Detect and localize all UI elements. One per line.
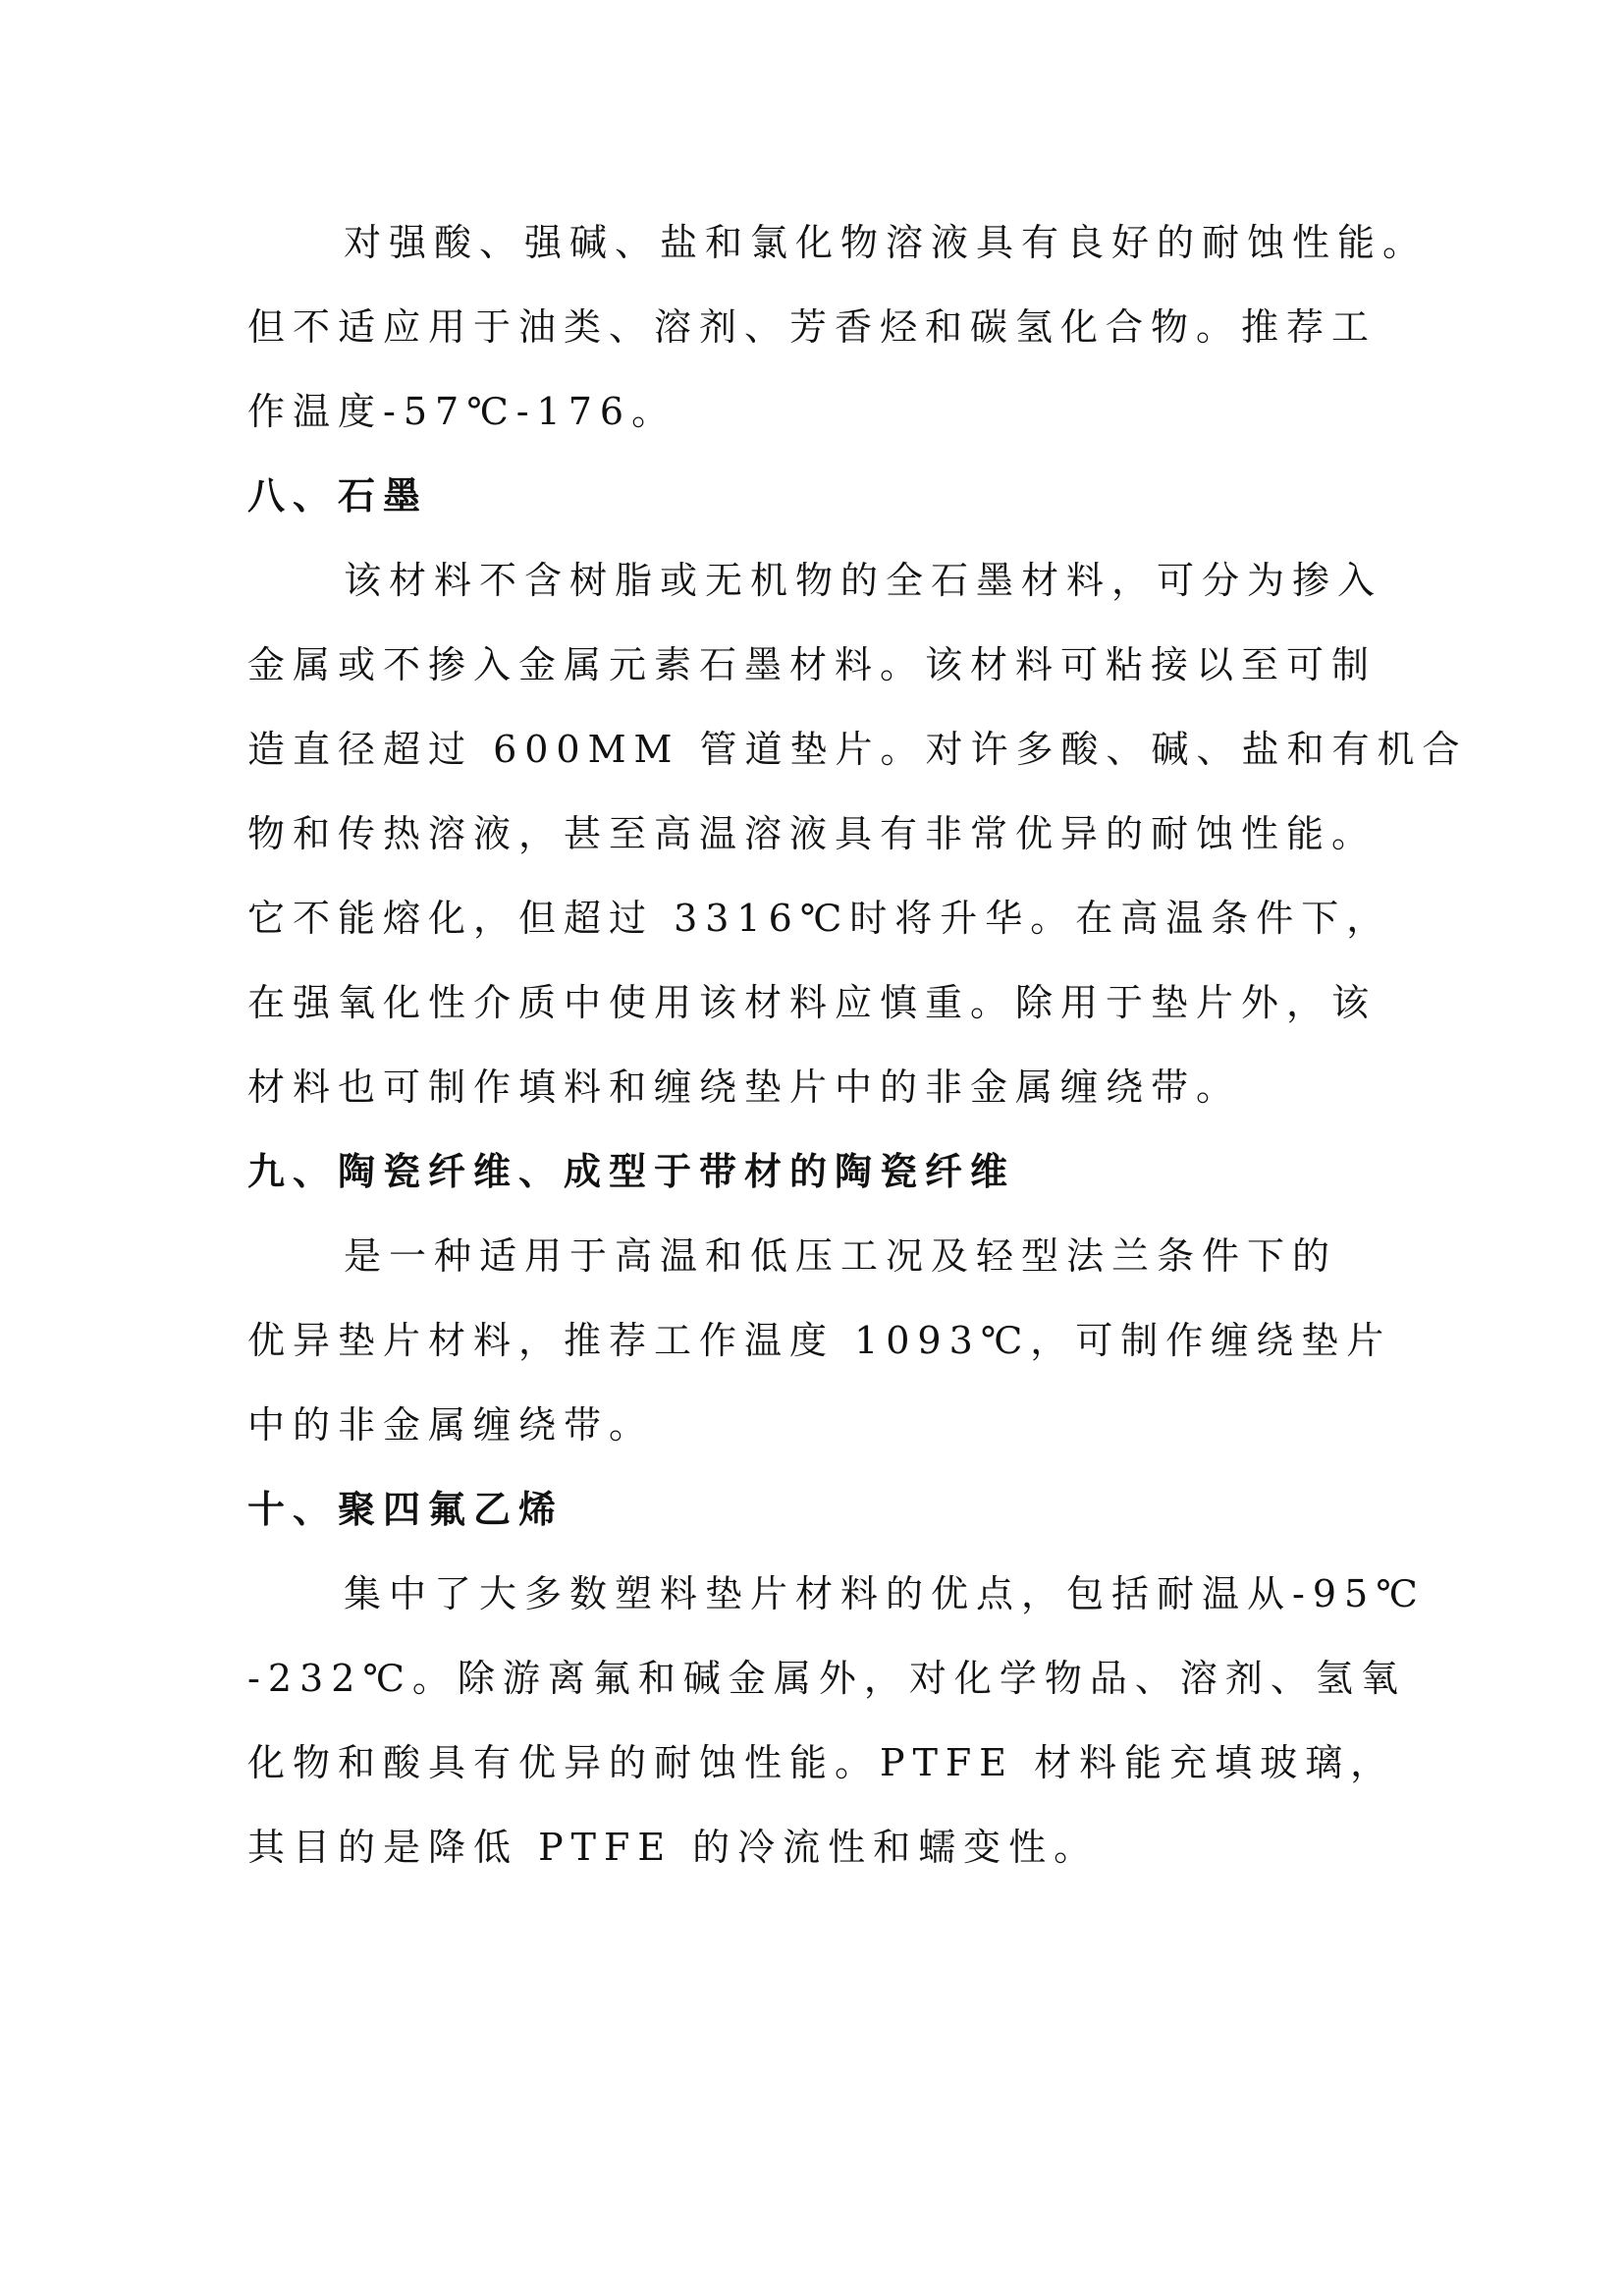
paragraph-line: 中的非金属缠绕带。 <box>247 1400 1386 1449</box>
paragraph-line: 金属或不掺入金属元素石墨材料。该材料可粘接以至可制 <box>247 640 1386 689</box>
paragraph-line: 物和传热溶液，甚至高温溶液具有非常优异的耐蚀性能。 <box>247 809 1386 858</box>
paragraph-line: 它不能熔化，但超过 3316℃时将升华。在高温条件下， <box>247 894 1386 943</box>
document-page: 对强酸、强碱、盐和氯化物溶液具有良好的耐蚀性能。 但不适应用于油类、溶剂、芳香烃… <box>0 0 1623 2296</box>
section-heading-ptfe: 十、聚四氟乙烯 <box>247 1485 1386 1534</box>
paragraph-line: 是一种适用于高温和低压工况及轻型法兰条件下的 <box>247 1231 1386 1281</box>
paragraph-line: 但不适应用于油类、溶剂、芳香烃和碳氢化合物。推荐工 <box>247 302 1386 352</box>
paragraph-line: -232℃。除游离氟和碱金属外，对化学物品、溶剂、氢氧 <box>247 1654 1386 1703</box>
paragraph-line: 材料也可制作填料和缠绕垫片中的非金属缠绕带。 <box>247 1063 1386 1112</box>
paragraph-line: 造直径超过 600MM 管道垫片。对许多酸、碱、盐和有机合 <box>247 725 1386 774</box>
paragraph-line: 对强酸、强碱、盐和氯化物溶液具有良好的耐蚀性能。 <box>247 218 1386 267</box>
section-heading-ceramic-fiber: 九、陶瓷纤维、成型于带材的陶瓷纤维 <box>247 1147 1386 1196</box>
paragraph-line: 集中了大多数塑料垫片材料的优点，包括耐温从-95℃ <box>247 1569 1386 1618</box>
paragraph-line: 在强氧化性介质中使用该材料应慎重。除用于垫片外，该 <box>247 978 1386 1027</box>
paragraph-line: 该材料不含树脂或无机物的全石墨材料，可分为掺入 <box>247 556 1386 605</box>
paragraph-line: 其目的是降低 PTFE 的冷流性和蠕变性。 <box>247 1823 1386 1872</box>
paragraph-line: 作温度-57℃-176。 <box>247 387 1386 436</box>
paragraph-line: 优异垫片材料，推荐工作温度 1093℃，可制作缠绕垫片 <box>247 1316 1386 1365</box>
section-heading-graphite: 八、石墨 <box>247 471 1386 520</box>
paragraph-line: 化物和酸具有优异的耐蚀性能。PTFE 材料能充填玻璃， <box>247 1738 1386 1787</box>
